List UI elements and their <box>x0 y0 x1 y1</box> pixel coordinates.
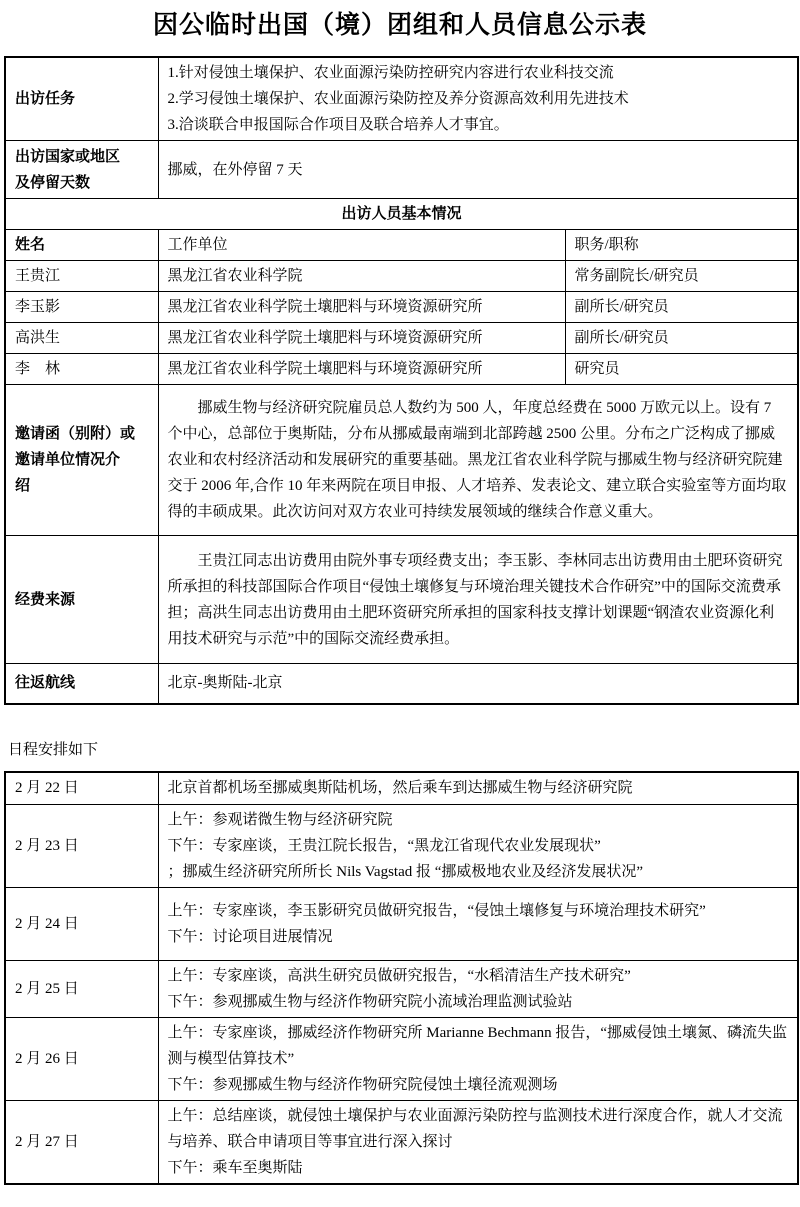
schedule-date: 2 月 25 日 <box>5 961 158 1018</box>
schedule-row: 2 月 27 日 上午：总结座谈，就侵蚀土壤保护与农业面源污染防控与监测技术进行… <box>5 1101 798 1185</box>
funding-label: 经费来源 <box>5 536 158 664</box>
table-row-personnel-header: 出访人员基本情况 <box>5 199 798 230</box>
person-name: 李 林 <box>5 354 158 385</box>
schedule-line: 下午：讨论项目进展情况 <box>168 924 789 950</box>
invitation-value: 挪威生物与经济研究院雇员总人数约为 500 人，年度总经费在 5000 万欧元以… <box>158 385 798 536</box>
col-header-title: 职务/职称 <box>565 230 798 261</box>
person-title: 常务副院长/研究员 <box>565 261 798 292</box>
table-row-funding: 经费来源 王贵江同志出访费用由院外事专项经费支出；李玉影、李林同志出访费用由土肥… <box>5 536 798 664</box>
schedule-activities: 上午：专家座谈，挪威经济作物研究所 Marianne Bechmann 报告，“… <box>158 1018 798 1101</box>
schedule-activities: 上午：总结座谈，就侵蚀土壤保护与农业面源污染防控与监测技术进行深度合作，就人才交… <box>158 1101 798 1185</box>
schedule-line: 上午：参观诺微生物与经济研究院 <box>168 807 789 833</box>
schedule-date: 2 月 27 日 <box>5 1101 158 1185</box>
schedule-line: 上午：专家座谈，高洪生研究员做研究报告，“水稻清洁生产技术研究” <box>168 963 789 989</box>
table-row-invitation: 邀请函（别附）或 邀请单位情况介 绍 挪威生物与经济研究院雇员总人数约为 500… <box>5 385 798 536</box>
schedule-line: 上午：专家座谈，李玉影研究员做研究报告，“侵蚀土壤修复与环境治理技术研究” <box>168 898 789 924</box>
person-name: 高洪生 <box>5 323 158 354</box>
country-label: 出访国家或地区 及停留天数 <box>5 141 158 199</box>
schedule-line: 北京首都机场至挪威奥斯陆机场，然后乘车到达挪威生物与经济研究院 <box>168 775 789 801</box>
person-title: 副所长/研究员 <box>565 292 798 323</box>
schedule-row: 2 月 23 日 上午：参观诺微生物与经济研究院 下午：专家座谈，王贵江院长报告… <box>5 805 798 888</box>
schedule-row: 2 月 24 日 上午：专家座谈，李玉影研究员做研究报告，“侵蚀土壤修复与环境治… <box>5 888 798 961</box>
schedule-line: ；挪威生经济研究所所长 Nils Vagstad 报 “挪威极地农业及经济发展状… <box>168 859 789 885</box>
funding-value: 王贵江同志出访费用由院外事专项经费支出；李玉影、李林同志出访费用由土肥环资研究所… <box>158 536 798 664</box>
schedule-line: 下午：专家座谈，王贵江院长报告，“黑龙江省现代农业发展现状” <box>168 833 789 859</box>
table-row-person: 李 林 黑龙江省农业科学院土壤肥料与环境资源研究所 研究员 <box>5 354 798 385</box>
info-table: 出访任务 1.针对侵蚀土壤保护、农业面源污染防控研究内容进行农业科技交流 2.学… <box>4 56 799 705</box>
schedule-activities: 上午：参观诺微生物与经济研究院 下午：专家座谈，王贵江院长报告，“黑龙江省现代农… <box>158 805 798 888</box>
schedule-line: 下午：参观挪威生物与经济作物研究院侵蚀土壤径流观测场 <box>168 1072 789 1098</box>
route-label: 往返航线 <box>5 664 158 704</box>
table-row-person: 李玉影 黑龙江省农业科学院土壤肥料与环境资源研究所 副所长/研究员 <box>5 292 798 323</box>
country-value: 挪威，在外停留 7 天 <box>158 141 798 199</box>
table-row-route: 往返航线 北京-奥斯陆-北京 <box>5 664 798 704</box>
person-org: 黑龙江省农业科学院土壤肥料与环境资源研究所 <box>158 323 565 354</box>
table-row-country: 出访国家或地区 及停留天数 挪威，在外停留 7 天 <box>5 141 798 199</box>
personnel-section-title: 出访人员基本情况 <box>5 199 798 230</box>
personnel-columns-row: 姓名 工作单位 职务/职称 <box>5 230 798 261</box>
schedule-date: 2 月 22 日 <box>5 772 158 805</box>
invitation-label: 邀请函（别附）或 邀请单位情况介 绍 <box>5 385 158 536</box>
person-name: 李玉影 <box>5 292 158 323</box>
person-title: 副所长/研究员 <box>565 323 798 354</box>
schedule-date: 2 月 26 日 <box>5 1018 158 1101</box>
schedule-row: 2 月 22 日 北京首都机场至挪威奥斯陆机场，然后乘车到达挪威生物与经济研究院 <box>5 772 798 805</box>
schedule-line: 下午：参观挪威生物与经济作物研究院小流域治理监测试验站 <box>168 989 789 1015</box>
schedule-row: 2 月 25 日 上午：专家座谈，高洪生研究员做研究报告，“水稻清洁生产技术研究… <box>5 961 798 1018</box>
table-row-task: 出访任务 1.针对侵蚀土壤保护、农业面源污染防控研究内容进行农业科技交流 2.学… <box>5 57 798 141</box>
schedule-row: 2 月 26 日 上午：专家座谈，挪威经济作物研究所 Marianne Bech… <box>5 1018 798 1101</box>
schedule-line: 上午：专家座谈，挪威经济作物研究所 Marianne Bechmann 报告，“… <box>168 1020 789 1072</box>
schedule-heading: 日程安排如下 <box>8 737 800 763</box>
schedule-date: 2 月 23 日 <box>5 805 158 888</box>
schedule-line: 上午：总结座谈，就侵蚀土壤保护与农业面源污染防控与监测技术进行深度合作，就人才交… <box>168 1103 789 1155</box>
document-page: 因公临时出国（境）团组和人员信息公示表 出访任务 1.针对侵蚀土壤保护、农业面源… <box>0 0 800 1207</box>
table-row-person: 王贵江 黑龙江省农业科学院 常务副院长/研究员 <box>5 261 798 292</box>
schedule-date: 2 月 24 日 <box>5 888 158 961</box>
schedule-activities: 上午：专家座谈，高洪生研究员做研究报告，“水稻清洁生产技术研究” 下午：参观挪威… <box>158 961 798 1018</box>
person-name: 王贵江 <box>5 261 158 292</box>
col-header-org: 工作单位 <box>158 230 565 261</box>
table-row-person: 高洪生 黑龙江省农业科学院土壤肥料与环境资源研究所 副所长/研究员 <box>5 323 798 354</box>
schedule-activities: 上午：专家座谈，李玉影研究员做研究报告，“侵蚀土壤修复与环境治理技术研究” 下午… <box>158 888 798 961</box>
schedule-activities: 北京首都机场至挪威奥斯陆机场，然后乘车到达挪威生物与经济研究院 <box>158 772 798 805</box>
schedule-table: 2 月 22 日 北京首都机场至挪威奥斯陆机场，然后乘车到达挪威生物与经济研究院… <box>4 771 799 1186</box>
task-label: 出访任务 <box>5 57 158 141</box>
task-value: 1.针对侵蚀土壤保护、农业面源污染防控研究内容进行农业科技交流 2.学习侵蚀土壤… <box>158 57 798 141</box>
person-org: 黑龙江省农业科学院土壤肥料与环境资源研究所 <box>158 292 565 323</box>
col-header-name: 姓名 <box>5 230 158 261</box>
person-title: 研究员 <box>565 354 798 385</box>
route-value: 北京-奥斯陆-北京 <box>158 664 798 704</box>
person-org: 黑龙江省农业科学院 <box>158 261 565 292</box>
page-title: 因公临时出国（境）团组和人员信息公示表 <box>0 10 800 40</box>
schedule-line: 下午：乘车至奥斯陆 <box>168 1155 789 1181</box>
person-org: 黑龙江省农业科学院土壤肥料与环境资源研究所 <box>158 354 565 385</box>
